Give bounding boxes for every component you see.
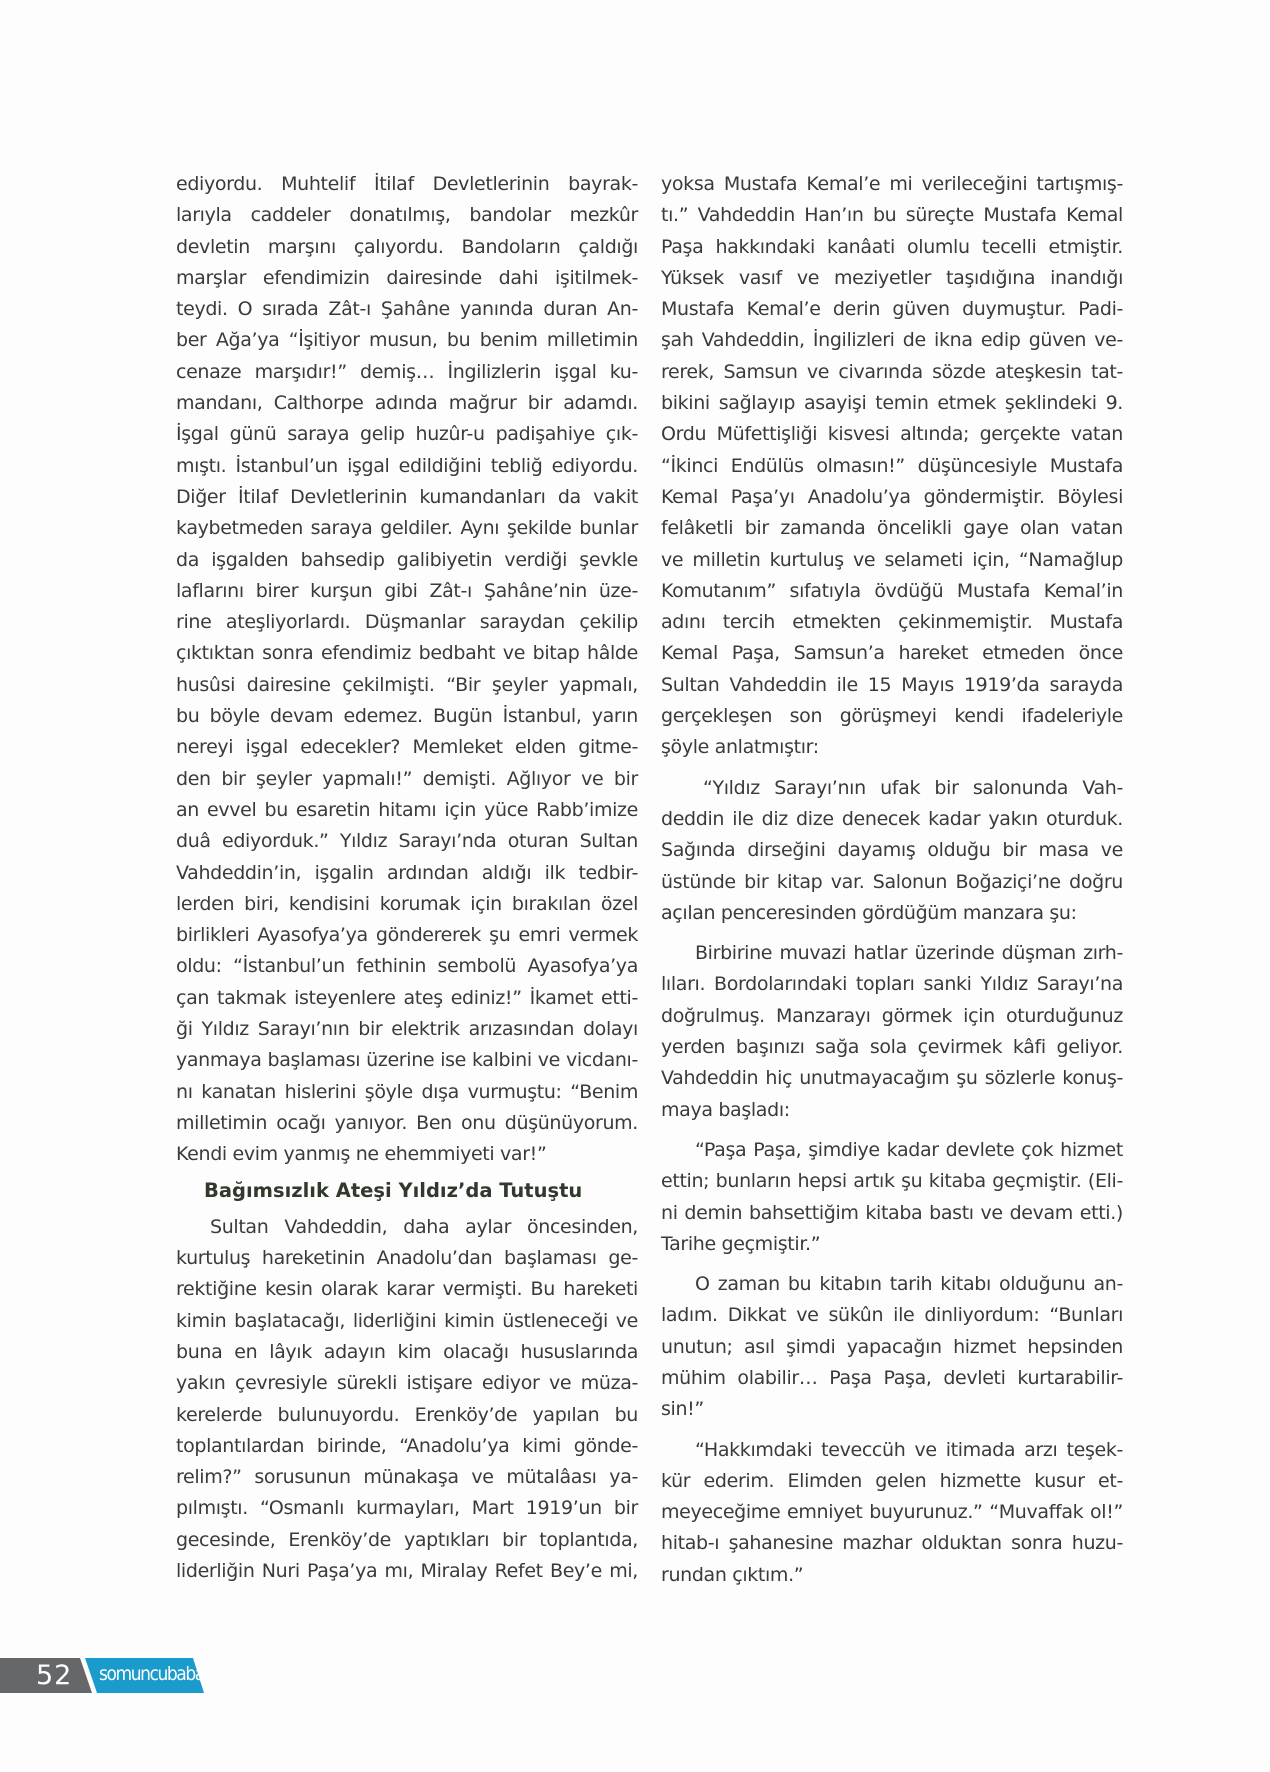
text-line: ediyordu. Muhtelif İtilaf Devletlerinin …: [176, 169, 638, 200]
text-line: sin!”: [661, 1394, 1123, 1425]
text-line: adını tercih etmekten çekinmemiştir. Mus…: [661, 607, 1123, 638]
quote-paragraph: O zaman bu kitabın tarih kitabı olduğunu…: [661, 1269, 1123, 1425]
text-line: kurtuluş hareketinin Anadolu’dan başlama…: [176, 1243, 638, 1274]
text-line: Sultan Vahdeddin, daha aylar öncesinden,: [176, 1212, 638, 1243]
text-line: oldu: “İstanbul’un fethinin sembolü Ayas…: [176, 951, 638, 982]
text-line: milletimin ocağı yanıyor. Ben onu düşünü…: [176, 1108, 638, 1139]
text-line: yakın çevresiyle sürekli istişare ediyor…: [176, 1368, 638, 1399]
text-line: Sultan Vahdeddin ile 15 Mayıs 1919’da sa…: [661, 670, 1123, 701]
text-line: Ordu Müfettişliği kisvesi altında; gerçe…: [661, 419, 1123, 450]
text-line: husûsi dairesine çekilmişti. “Bir şeyler…: [176, 670, 638, 701]
text-line: meyeceğime emniyet buyurunuz.” “Muvaffak…: [661, 1497, 1123, 1528]
text-line: Mustafa Kemal’e derin güven duymuştur. P…: [661, 294, 1123, 325]
text-line: üstünde bir kitap var. Salonun Boğaziçi’…: [661, 867, 1123, 898]
text-line: ği Yıldız Sarayı’nın bir elektrik arızas…: [176, 1014, 638, 1045]
text-line: Yüksek vasıf ve meziyetler taşıdığına in…: [661, 263, 1123, 294]
text-line: lıları. Bordolarındaki topları sanki Yıl…: [661, 969, 1123, 1000]
text-line: yerden başınızı sağa sola çevirmek kâfi …: [661, 1032, 1123, 1063]
text-line: bikini sağlayıp asayişi temin etmek şekl…: [661, 388, 1123, 419]
text-line: kür ederim. Elimden gelen hizmette kusur…: [661, 1466, 1123, 1497]
section-heading: Bağımsızlık Ateşi Yıldız’da Tutuştu: [176, 1175, 638, 1206]
text-line: ladım. Dikkat ve sükûn ile dinliyordum: …: [661, 1300, 1123, 1331]
text-line: mühim olabilir… Paşa Paşa, devleti kurta…: [661, 1363, 1123, 1394]
text-line: ni demin bahsettiğim kitaba bastı ve dev…: [661, 1198, 1123, 1229]
text-line: relim?” sorusunun münakaşa ve mütalâası …: [176, 1462, 638, 1493]
text-line: gerçekleşen son görüşmeyi kendi ifadeler…: [661, 701, 1123, 732]
text-line: Birbirine muvazi hatlar üzerinde düşman …: [661, 938, 1123, 969]
text-line: Paşa hakkındaki kanâati olumlu tecelli e…: [661, 232, 1123, 263]
text-line: ber Ağa’ya “İşitiyor musun, bu benim mil…: [176, 325, 638, 356]
page-number: 52: [36, 1658, 72, 1693]
paragraph-gap: [661, 929, 1123, 938]
text-line: yoksa Mustafa Kemal’e mi verileceğini ta…: [661, 169, 1123, 200]
text-line: duâ ediyorduk.” Yıldız Sarayı’nda oturan…: [176, 826, 638, 857]
paragraph: Sultan Vahdeddin, daha aylar öncesinden,…: [176, 1212, 638, 1588]
text-line: tı.” Vahdeddin Han’ın bu süreçte Mustafa…: [661, 200, 1123, 231]
text-line: Tarihe geçmiştir.”: [661, 1229, 1123, 1260]
text-line: buna en lâyık adayın kim olacağı hususla…: [176, 1337, 638, 1368]
paragraph: yoksa Mustafa Kemal’e mi verileceğini ta…: [661, 169, 1123, 764]
text-line: pılmıştı. “Osmanlı kurmayları, Mart 1919…: [176, 1493, 638, 1524]
text-line: liderliğin Nuri Paşa’ya mı, Miralay Refe…: [176, 1556, 638, 1587]
text-line: hitab-ı şahanesine mazhar olduktan sonra…: [661, 1528, 1123, 1559]
quote-paragraph: “Paşa Paşa, şimdiye kadar devlete çok hi…: [661, 1135, 1123, 1260]
text-line: bu böyle devam edemez. Bugün İstanbul, y…: [176, 701, 638, 732]
text-line: lerden biri, kendisini korumak için bıra…: [176, 889, 638, 920]
article-column-right: yoksa Mustafa Kemal’e mi verileceğini ta…: [661, 169, 1123, 1591]
text-line: Vahdeddin hiç unutmayacağım şu sözlerle …: [661, 1063, 1123, 1094]
text-line: laflarını birer kurşun gibi Zât-ı Şahâne…: [176, 576, 638, 607]
text-line: Diğer İtilaf Devletlerinin kumandanları …: [176, 482, 638, 513]
text-line: toplantılardan birinde, “Anadolu’ya kimi…: [176, 1431, 638, 1462]
text-line: kaybetmeden saraya geldiler. Aynı şekild…: [176, 513, 638, 544]
text-line: deddin ile diz dize denecek kadar yakın …: [661, 804, 1123, 835]
text-line: “İkinci Endülüs olmasın!” düşüncesiyle M…: [661, 451, 1123, 482]
text-line: nı kanatan hislerini şöyle dışa vurmuştu…: [176, 1077, 638, 1108]
paragraph-gap: [661, 1126, 1123, 1135]
text-line: marşlar efendimizin dairesinde dahi işit…: [176, 263, 638, 294]
quote-paragraph: “Yıldız Sarayı’nın ufak bir salonunda Va…: [661, 773, 1123, 929]
text-line: doğrulmuş. Manzarayı görmek için oturduğ…: [661, 1001, 1123, 1032]
text-line: rine ateşliyorlardı. Düşmanlar saraydan …: [176, 607, 638, 638]
text-line: kerelerde bulunuyordu. Erenköy’de yapıla…: [176, 1400, 638, 1431]
text-line: rerek, Samsun ve civarında sözde ateşkes…: [661, 357, 1123, 388]
text-line: unutun; asıl şimdi yapacağın hizmet heps…: [661, 1332, 1123, 1363]
text-line: nereyi işgal edecekler? Memleket elden g…: [176, 732, 638, 763]
text-line: Kendi evim yanmış ne ehemmiyeti var!”: [176, 1139, 638, 1170]
text-line: ettin; bunların hepsi artık şu kitaba ge…: [661, 1166, 1123, 1197]
text-line: mıştı. İstanbul’un işgal edildiğini tebl…: [176, 451, 638, 482]
text-line: den bir şeyler yapmalı!” demişti. Ağlıyo…: [176, 764, 638, 795]
text-line: şöyle anlatmıştır:: [661, 732, 1123, 763]
text-line: teydi. O sırada Zât-ı Şahâne yanında dur…: [176, 294, 638, 325]
text-line: gecesinde, Erenköy’de yaptıkları bir top…: [176, 1525, 638, 1556]
text-line: da işgalden bahsedip galibiyetin verdiği…: [176, 545, 638, 576]
text-line: açılan penceresinden gördüğüm manzara şu…: [661, 898, 1123, 929]
text-line: O zaman bu kitabın tarih kitabı olduğunu…: [661, 1269, 1123, 1300]
text-line: an evvel bu esaretin hitamı için yüce Ra…: [176, 795, 638, 826]
text-line: “Yıldız Sarayı’nın ufak bir salonunda Va…: [661, 773, 1123, 804]
text-line: birlikleri Ayasofya’ya göndererek şu emr…: [176, 920, 638, 951]
text-line: felâketli bir zamanda öncelikli gaye ola…: [661, 513, 1123, 544]
text-line: ve milletin kurtuluş ve selameti için, “…: [661, 545, 1123, 576]
text-line: rektiğine kesin olarak karar vermişti. B…: [176, 1274, 638, 1305]
text-line: çıktıktan sonra efendimiz bedbaht ve bit…: [176, 638, 638, 669]
article-column-left: ediyordu. Muhtelif İtilaf Devletlerinin …: [176, 169, 638, 1587]
text-line: İşgal günü saraya gelip huzûr-u padişahi…: [176, 419, 638, 450]
paragraph: ediyordu. Muhtelif İtilaf Devletlerinin …: [176, 169, 638, 1171]
quote-paragraph: “Hakkımdaki teveccüh ve itimada arzı teş…: [661, 1435, 1123, 1591]
text-line: Kemal Paşa’yı Anadolu’ya göndermiştir. B…: [661, 482, 1123, 513]
page-footer: 52 somuncubaba: [0, 1658, 210, 1693]
paragraph-gap: [661, 1260, 1123, 1269]
text-line: Komutanım” sıfatıyla övdüğü Mustafa Kema…: [661, 576, 1123, 607]
text-line: Sağında dirseğini dayamış olduğu bir mas…: [661, 835, 1123, 866]
text-line: Vahdeddin’in, işgalin ardından aldığı il…: [176, 858, 638, 889]
text-line: maya başladı:: [661, 1095, 1123, 1126]
text-line: larıyla caddeler donatılmış, bandolar me…: [176, 200, 638, 231]
paragraph-gap: [661, 1426, 1123, 1435]
text-line: devletin marşını çalıyordu. Bandoların ç…: [176, 232, 638, 263]
text-line: çan takmak isteyenlere ateş ediniz!” İka…: [176, 983, 638, 1014]
quote-paragraph: Birbirine muvazi hatlar üzerinde düşman …: [661, 938, 1123, 1126]
text-line: kimin başlatacağı, liderliğini kimin üst…: [176, 1306, 638, 1337]
text-line: “Paşa Paşa, şimdiye kadar devlete çok hi…: [661, 1135, 1123, 1166]
text-line: Kemal Paşa, Samsun’a hareket etmeden önc…: [661, 638, 1123, 669]
text-line: mandanı, Calthorpe adında mağrur bir ada…: [176, 388, 638, 419]
text-line: rundan çıktım.”: [661, 1560, 1123, 1591]
text-line: şah Vahdeddin, İngilizleri de ikna edip …: [661, 325, 1123, 356]
text-line: cenaze marşıdır!” demiş… İngilizlerin iş…: [176, 357, 638, 388]
text-line: “Hakkımdaki teveccüh ve itimada arzı teş…: [661, 1435, 1123, 1466]
brand-logo-text: somuncubaba: [99, 1658, 204, 1691]
text-line: yanmaya başlaması üzerine ise kalbini ve…: [176, 1045, 638, 1076]
paragraph-gap: [661, 764, 1123, 773]
